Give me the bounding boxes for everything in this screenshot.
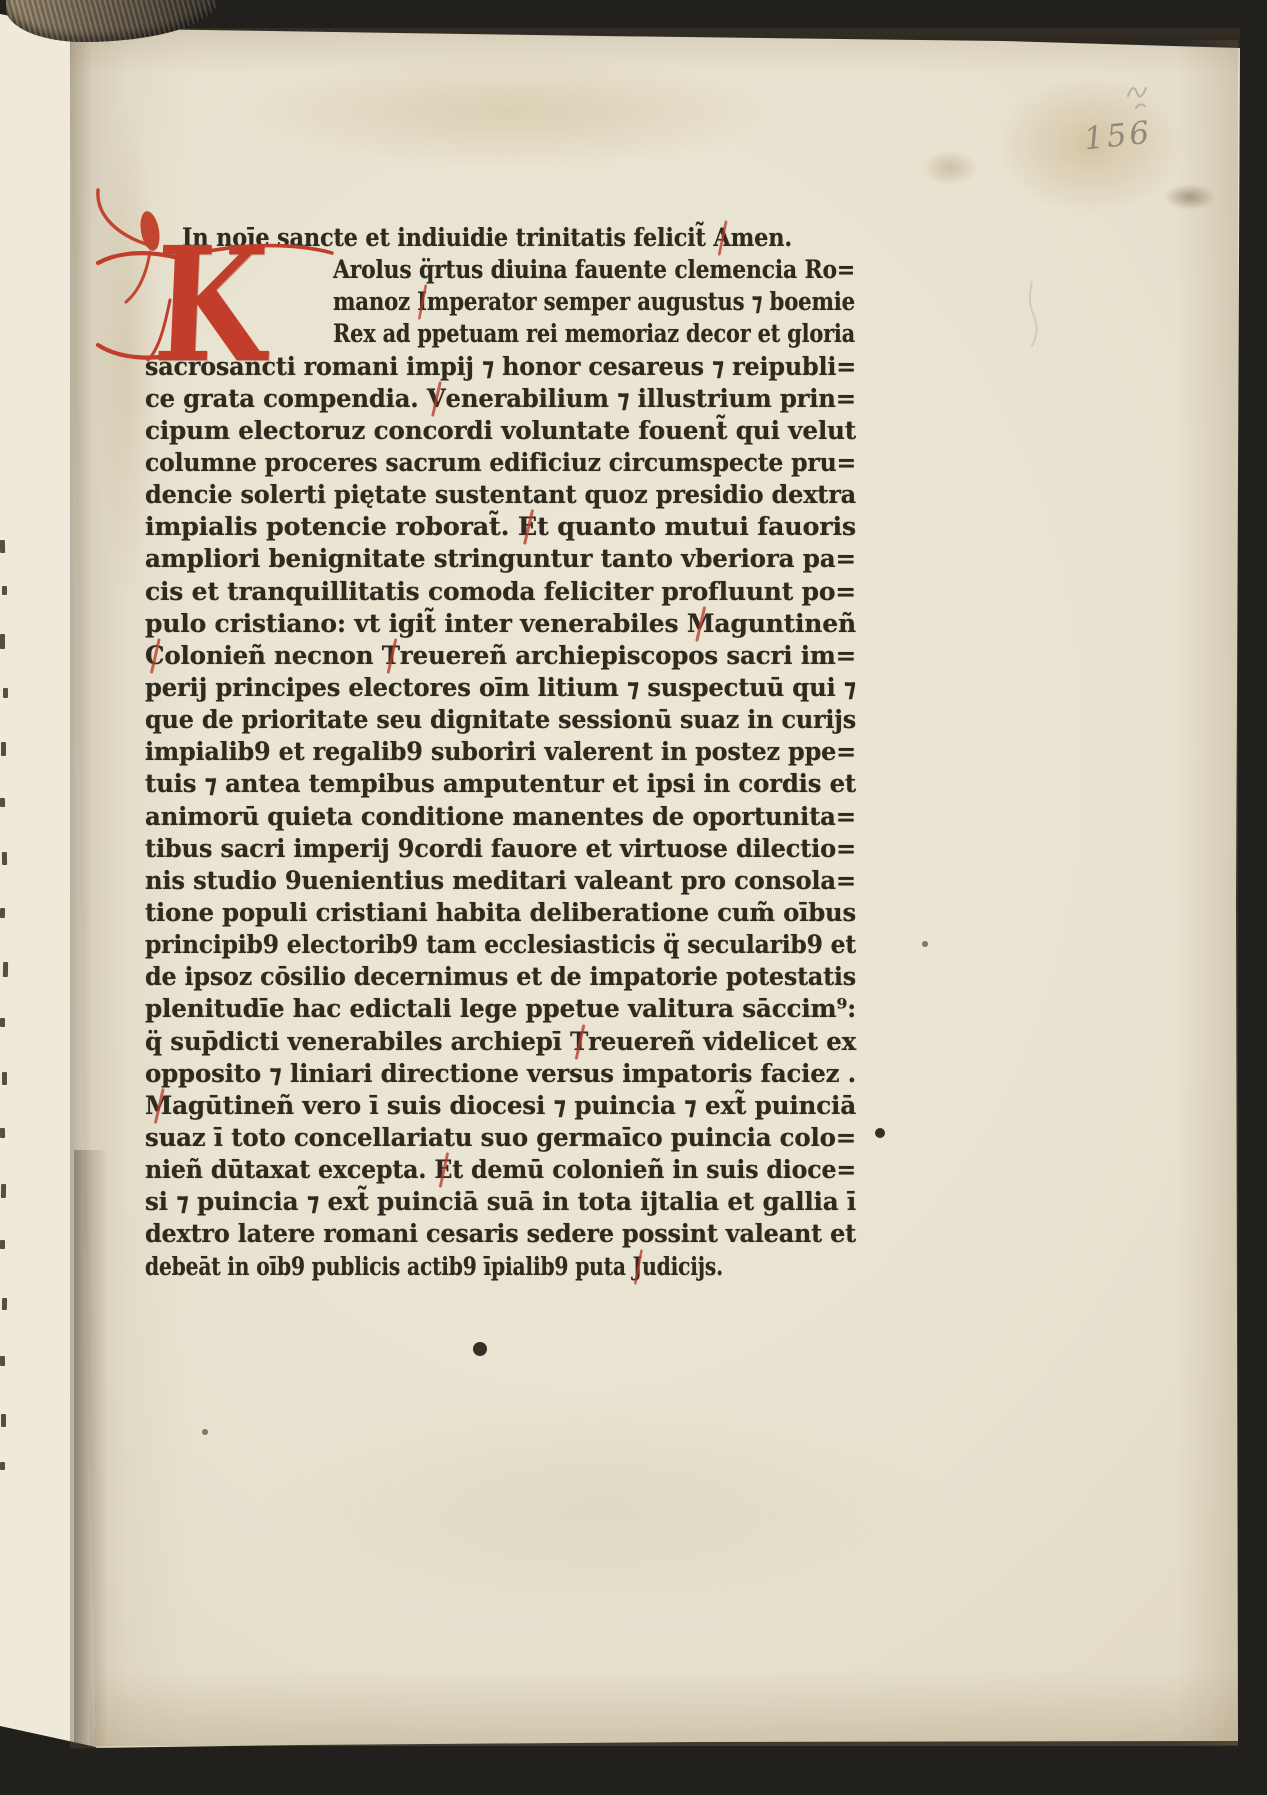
text-line: plenitudīe hac edictali lege ppetue vali… (145, 993, 857, 1025)
text-line: tuis ⁊ antea tempibus amputentur et ipsi… (145, 768, 857, 800)
ink-dot (202, 1429, 208, 1435)
page-edge-text-mark (2, 1298, 7, 1310)
ink-dot (922, 941, 928, 947)
page-edge-text-mark (1, 1414, 6, 1427)
text-line: de ipsoz cōsilio decernimus et de impato… (145, 961, 857, 993)
page-edge-text-mark (0, 1462, 5, 1470)
text-line: animorū quieta conditione manentes de op… (145, 801, 857, 833)
text-line: nis studio 9uenientius meditari valeant … (145, 865, 857, 897)
text-line: tibus sacri imperij 9cordi fauore et vir… (145, 833, 857, 865)
text-line: columne proceres sacrum edificiuz circum… (145, 447, 857, 479)
text-line: pulo cristiano: vt igit̃ inter venerabil… (145, 608, 857, 640)
page-edge-text-mark (0, 798, 5, 807)
text-line: ampliori benignitate stringuntur tanto v… (145, 543, 857, 575)
text-line: opposito ⁊ liniari directione versus imp… (145, 1058, 857, 1090)
page-edge-text-mark (1, 742, 6, 756)
text-line: cis et tranquillitatis comoda feliciter … (145, 576, 857, 608)
text-line: debeāt in oīb9 publicis actib9 īpialib9 … (145, 1251, 857, 1283)
text-line: que de prioritate seu dignitate sessionū… (145, 704, 857, 736)
page-edge-text-mark (0, 1128, 5, 1138)
text-line: dencie solerti piętate sustentant quoz p… (145, 479, 857, 511)
page-edge-text-mark (3, 688, 8, 698)
text-line: principib9 electorib9 tam ecclesiasticis… (145, 929, 857, 961)
folio-number: 156 (1082, 115, 1154, 158)
text-line: tione populi cristiani habita deliberati… (145, 897, 857, 929)
book-scan: In noīe sancte et indiuidie trinitatis f… (0, 0, 1267, 1795)
text-line: suaz ī toto concellariatu suo germaīco p… (145, 1122, 857, 1154)
text-line: q̈ sup̄dicti venerabiles archiepī Treuer… (145, 1026, 857, 1058)
page-edge-text-mark (0, 1018, 5, 1027)
ink-dot (473, 1342, 487, 1356)
drop-cap-initial-K: K (151, 226, 311, 382)
page-edge-text-mark (2, 852, 7, 865)
text-line: impialib9 et regalib9 suboriri valerent … (145, 736, 857, 768)
page-edge-text-mark (0, 908, 5, 918)
text-line: si ⁊ puincia ⁊ ext̃ puinciā suā in tota … (145, 1186, 857, 1218)
page-edge-text-mark (0, 634, 5, 649)
text-line: impialis potencie roborat̃. Et quanto mu… (145, 511, 857, 543)
text-line: nieñ dūtaxat excepta. Et demū colonieñ i… (145, 1154, 857, 1186)
text-line: cipum electoruz concordi voluntate fouen… (145, 415, 857, 447)
page-edge-text-mark (0, 540, 5, 553)
text-line: Magūtineñ vero ī suis diocesi ⁊ puincia … (145, 1090, 857, 1122)
page-edge-text-mark (1, 1184, 6, 1198)
page-edge-text-mark (2, 586, 7, 595)
page-edge-text-mark (2, 1072, 7, 1085)
page-edge-text-mark (0, 1356, 5, 1366)
page-edge-text-mark (0, 1240, 5, 1249)
ink-dot (875, 1128, 885, 1138)
text-line: Colonieñ necnon Treuereñ archiepiscopos … (145, 640, 857, 672)
page-edge-text-mark (3, 962, 8, 977)
text-line: perij principes electores oīm litium ⁊ s… (145, 672, 857, 704)
text-line: dextro latere romani cesaris sedere poss… (145, 1218, 857, 1250)
